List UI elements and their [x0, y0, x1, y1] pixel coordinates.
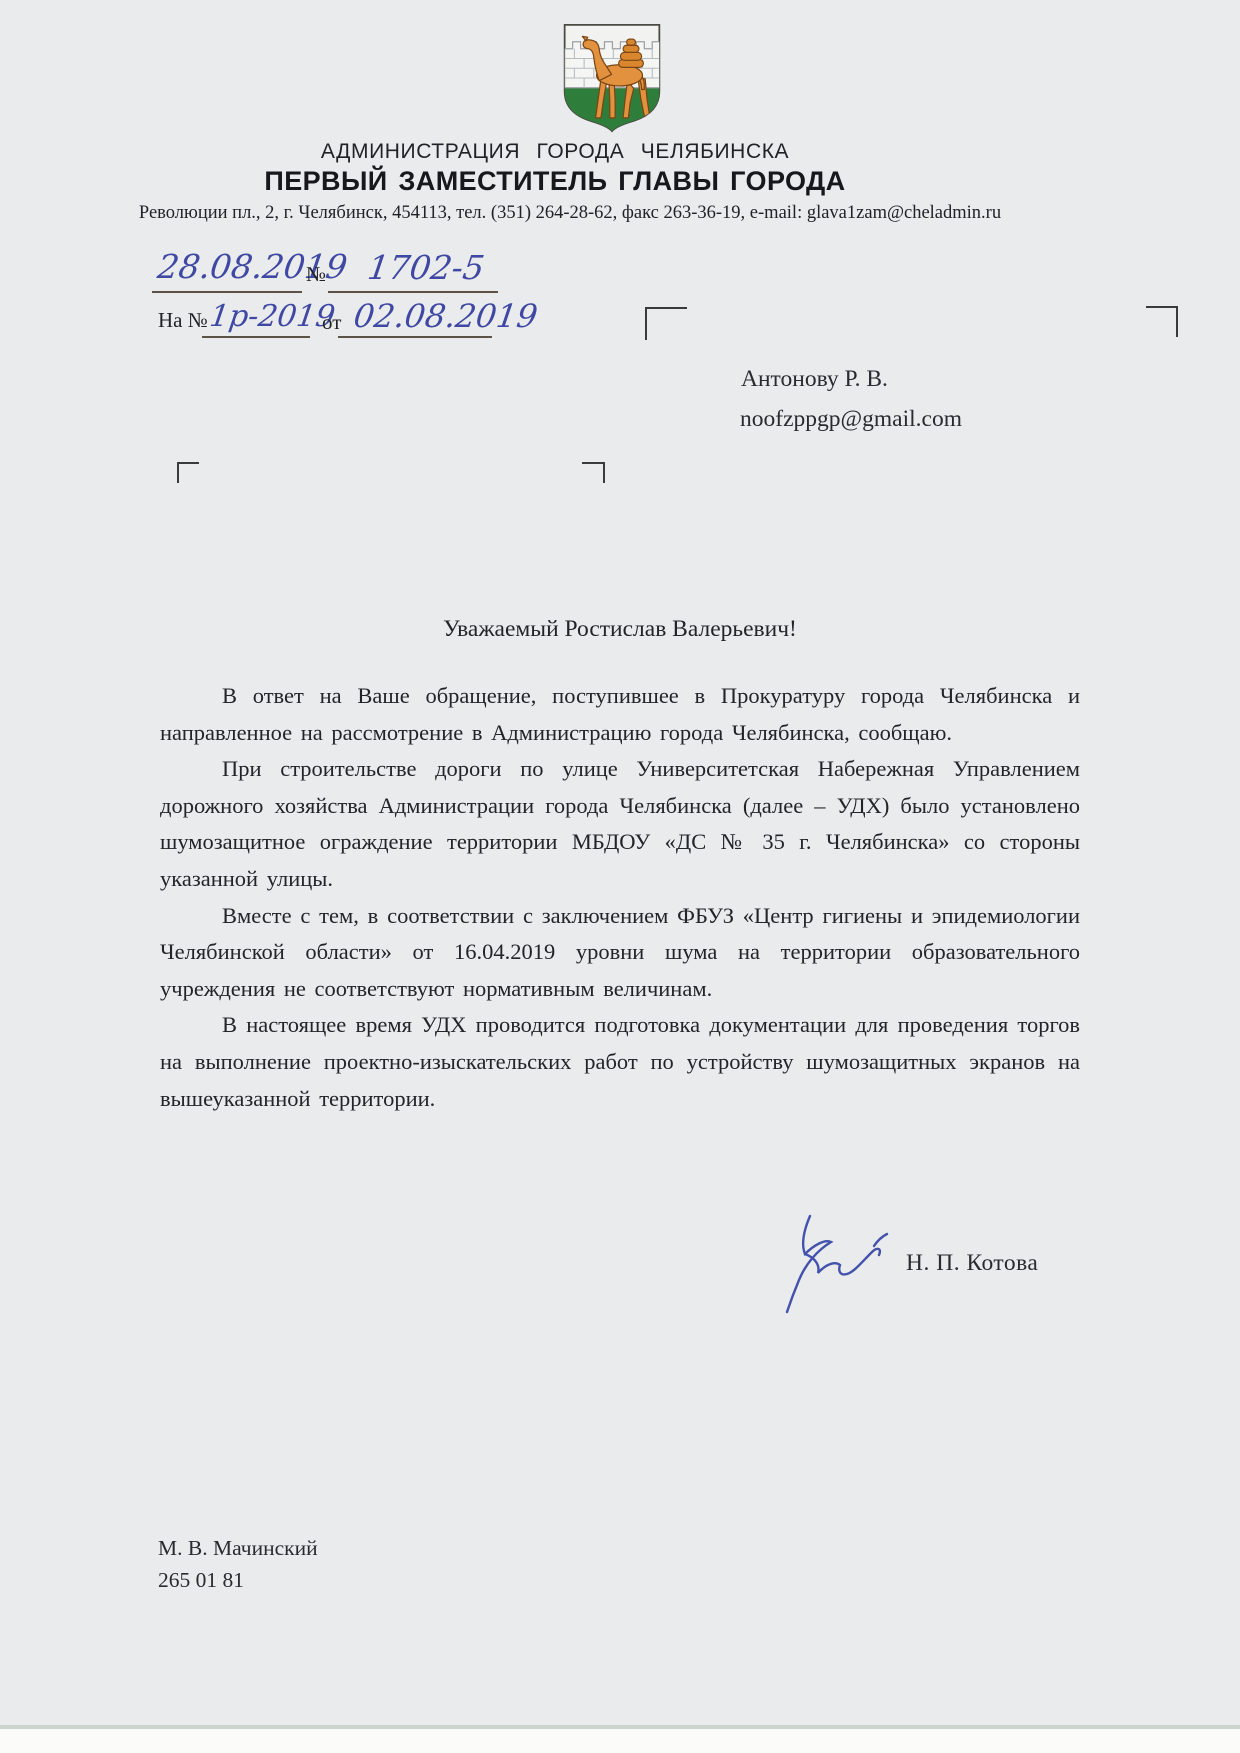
department-title: ПЕРВЫЙ ЗАМЕСТИТЕЛЬ ГЛАВЫ ГОРОДА [0, 166, 1110, 197]
scanned-letter-page: АДМИНИСТРАЦИЯ ГОРОДА ЧЕЛЯБИНСКА ПЕРВЫЙ З… [0, 0, 1240, 1753]
executor-name: М. В. Мачинский [158, 1536, 318, 1561]
salutation: Уважаемый Ростислав Валерьевич! [160, 616, 1080, 643]
recipient-name: Антонову Р. В. [741, 366, 888, 393]
coat-of-arms-emblem [562, 22, 662, 134]
signer-name: Н. П. Котова [906, 1250, 1038, 1277]
paragraph-1: В ответ на Ваше обращение, поступившее в… [160, 678, 1080, 751]
paragraph-3: Вместе с тем, в соответствии с заключени… [160, 898, 1080, 1008]
address-zone-corner-top-left [645, 307, 687, 340]
stamp-zone-corner-right [582, 462, 605, 483]
letter-body: В ответ на Ваше обращение, поступившее в… [160, 678, 1080, 1117]
underline [202, 336, 310, 338]
organization-name: АДМИНИСТРАЦИЯ ГОРОДА ЧЕЛЯБИНСКА [0, 140, 1110, 164]
reply-from-label: от [322, 310, 341, 335]
chelyabinsk-coat-of-arms-icon [562, 22, 662, 134]
recipient-email: noofzppgp@gmail.com [740, 406, 962, 433]
number-sign-label: № [306, 262, 326, 287]
underline [152, 291, 302, 293]
outgoing-number-handwritten: 1702-5 [365, 248, 487, 287]
scanner-background [0, 1729, 1240, 1753]
paragraph-4: В настоящее время УДХ проводится подгото… [160, 1007, 1080, 1117]
paragraph-2: При строительстве дороги по улице Универ… [160, 751, 1080, 897]
reply-date-handwritten: 02.08.2019 [351, 297, 540, 335]
reply-number-handwritten: 1р-2019 [208, 299, 338, 334]
address-zone-corner-top-right [1146, 306, 1178, 337]
executor-phone: 265 01 81 [158, 1568, 244, 1593]
handwritten-signature [768, 1208, 918, 1323]
contact-address-line: Революции пл., 2, г. Челябинск, 454113, … [0, 203, 1140, 224]
underline [328, 291, 498, 293]
reply-to-label: На № [158, 308, 208, 333]
stamp-zone-corner-left [177, 462, 199, 483]
underline [338, 336, 492, 338]
